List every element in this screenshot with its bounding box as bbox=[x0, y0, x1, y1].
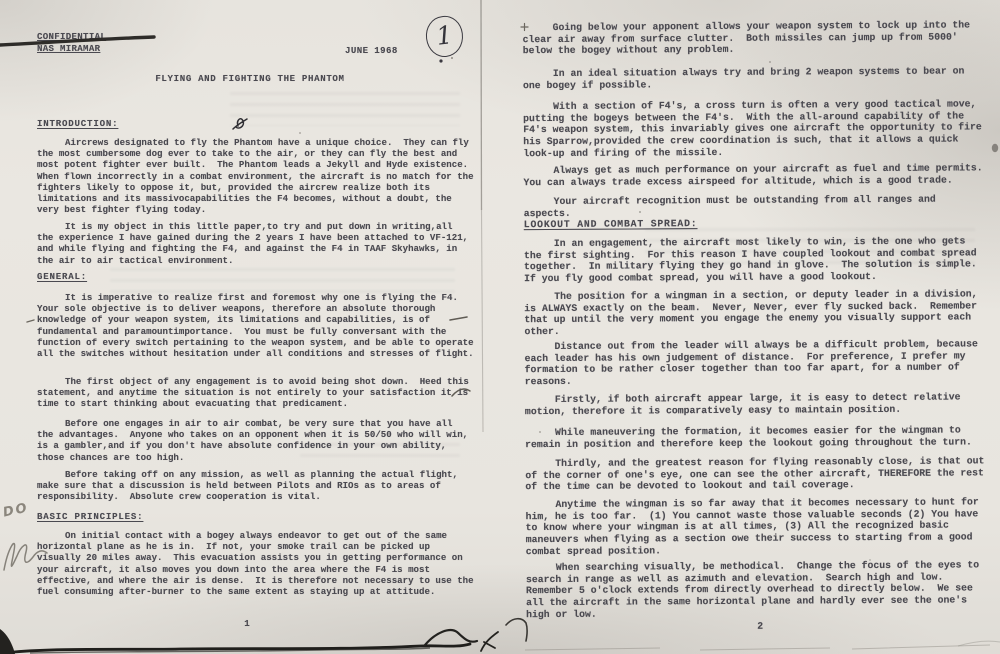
paragraph: Going below your apponent allows your we… bbox=[523, 19, 987, 57]
paragraph: Anytime the wingman is so far away that … bbox=[525, 496, 989, 557]
paragraph: In an ideal situation always try and bri… bbox=[523, 65, 987, 91]
paragraph: In an engagement, the aircraft most like… bbox=[524, 235, 988, 284]
paragraph: Always get as much performance on your a… bbox=[523, 162, 987, 188]
section-heading-basic-principles: BASIC PRINCIPLES: bbox=[37, 511, 143, 522]
paragraph: It is imperative to realize first and fo… bbox=[37, 292, 474, 359]
date-line: JUNE 1968 bbox=[345, 45, 398, 56]
paragraph: Before taking off on any mission, as wel… bbox=[37, 469, 474, 503]
document-title: FLYING AND FIGHTING THE PHANTOM bbox=[0, 73, 500, 84]
paragraph: Distance out from the leader will always… bbox=[524, 338, 988, 387]
scanned-document: CONFIDENTIAL NAS MIRAMAR JUNE 1968 1 FLY… bbox=[0, 0, 1000, 654]
page-number: 2 bbox=[510, 619, 1000, 634]
paragraph: Firstly, if both aircraft appear large, … bbox=[525, 391, 989, 417]
section-heading-general: GENERAL: bbox=[37, 271, 87, 282]
paragraph: Aircrews designated to fly the Phantom h… bbox=[37, 137, 474, 215]
handwritten-page-marker: 1 bbox=[424, 14, 466, 59]
page-2: Going below your apponent allows your we… bbox=[496, 0, 1000, 654]
paragraph: Thirdly, and the greatest reason for fly… bbox=[525, 455, 989, 493]
section-heading-introduction: INTRODUCTION: bbox=[37, 118, 118, 129]
paragraph: When searching visually, be methodical. … bbox=[526, 559, 990, 620]
paragraph: The position for a wingman in a section,… bbox=[524, 288, 988, 337]
page-1: CONFIDENTIAL NAS MIRAMAR JUNE 1968 1 FLY… bbox=[0, 0, 500, 654]
paragraph: Your aircraft recognition must be outsta… bbox=[524, 193, 988, 219]
station-line: NAS MIRAMAR bbox=[37, 43, 100, 54]
paragraph: With a section of F4's, a cross turn is … bbox=[523, 98, 987, 159]
paragraph: While maneuvering the formation, it beco… bbox=[525, 424, 989, 450]
section-heading-lookout-combat-spread: LOOKOUT AND COMBAT SPREAD: bbox=[524, 218, 698, 231]
paragraph: Before one engages in air to air combat,… bbox=[37, 418, 474, 463]
page-number: 1 bbox=[0, 618, 497, 629]
handwritten-margin-note: DO bbox=[2, 500, 30, 520]
paragraph: The first object of any engagement is to… bbox=[37, 376, 474, 410]
paragraph: It is my object in this little paper,to … bbox=[37, 221, 474, 266]
paragraph: On initial contact with a bogey always e… bbox=[37, 530, 474, 597]
classification-stamp: CONFIDENTIAL bbox=[37, 31, 106, 42]
